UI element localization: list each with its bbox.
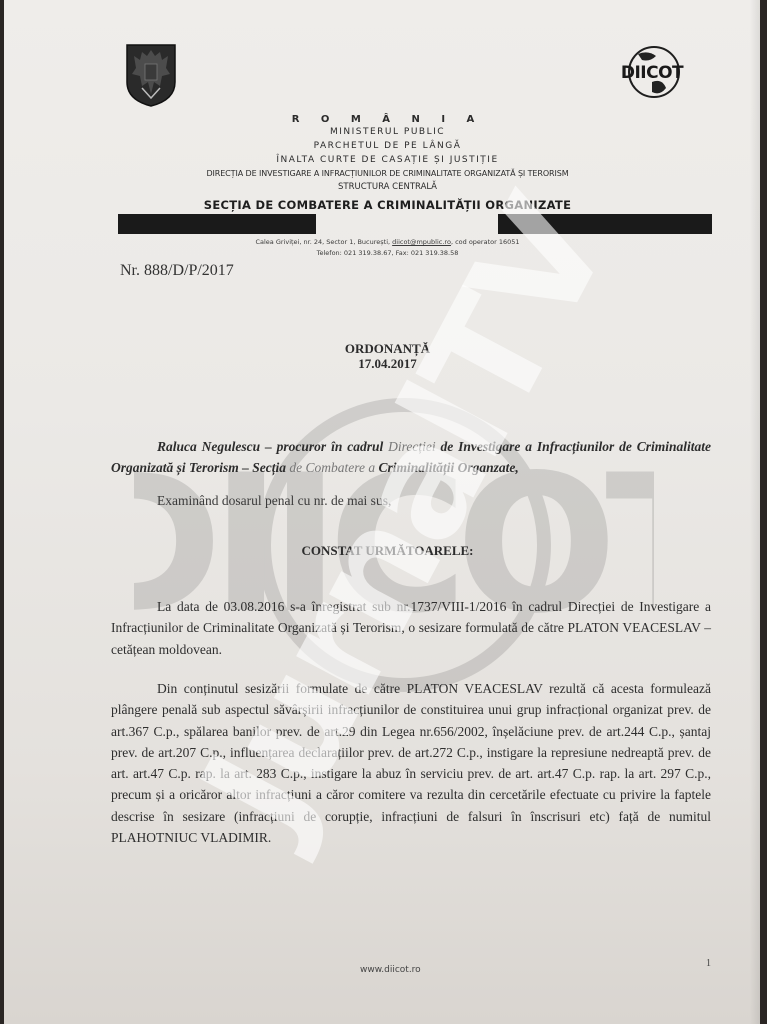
header-office: PARCHETUL DE PE LÂNGĂ: [4, 141, 760, 151]
header-directorate: DIRECȚIA DE INVESTIGARE A INFRACȚIUNILOR…: [4, 169, 760, 178]
header-country: R O M Â N I A: [4, 114, 760, 125]
document-date: 17.04.2017: [4, 356, 760, 372]
address-text: Calea Griviței, nr. 24, Sector 1, Bucure…: [255, 238, 392, 246]
intro-text: Raluca Negulescu – procuror în cadrul: [157, 439, 388, 454]
document-page: DIICOT R O M Â N I A MINISTERUL PUBLIC P…: [4, 0, 760, 1024]
redaction-bar-right: [498, 214, 712, 234]
redaction-bar-left: [118, 214, 316, 234]
email-link[interactable]: diicot@mpublic.ro: [392, 238, 451, 246]
intro-text: Criminalității Organzate,: [379, 460, 519, 475]
header-phone: Telefon: 021 319.38.67, Fax: 021 319.38.…: [4, 249, 760, 257]
footer-website: www.diicot.ro: [360, 965, 421, 975]
operator-code: , cod operator 16051: [451, 238, 520, 246]
paragraph-registration: La data de 03.08.2016 s-a înregistrat su…: [111, 596, 711, 660]
header-structure: STRUCTURA CENTRALĂ: [4, 182, 760, 192]
diicot-logo-icon: DIICOT: [604, 44, 700, 100]
page-number: 1: [706, 958, 711, 969]
header-court: ÎNALTA CURTE DE CASAȚIE ȘI JUSTIȚIE: [4, 155, 760, 165]
header-ministry: MINISTERUL PUBLIC: [4, 127, 760, 137]
examining-line: Examinând dosarul penal cu nr. de mai su…: [157, 490, 657, 511]
header-section: SECȚIA DE COMBATERE A CRIMINALITĂȚII ORG…: [4, 198, 760, 212]
document-number: Nr. 888/D/P/2017: [120, 262, 234, 280]
header-address: Calea Griviței, nr. 24, Sector 1, Bucure…: [4, 238, 760, 246]
paragraph-complaint: Din conținutul sesizării formulate de că…: [111, 678, 711, 848]
intro-text: de Combatere a: [289, 460, 378, 475]
section-heading: CONSTAT URMĂTOARELE:: [4, 543, 760, 559]
svg-text:DIICOT: DIICOT: [621, 63, 684, 83]
coat-of-arms-icon: [124, 42, 178, 108]
prosecutor-intro: Raluca Negulescu – procuror în cadrul Di…: [111, 436, 711, 478]
page-edge-shadow: [750, 0, 760, 1024]
document-title: ORDONANȚĂ: [4, 341, 760, 357]
intro-text: Direcției: [388, 439, 435, 454]
